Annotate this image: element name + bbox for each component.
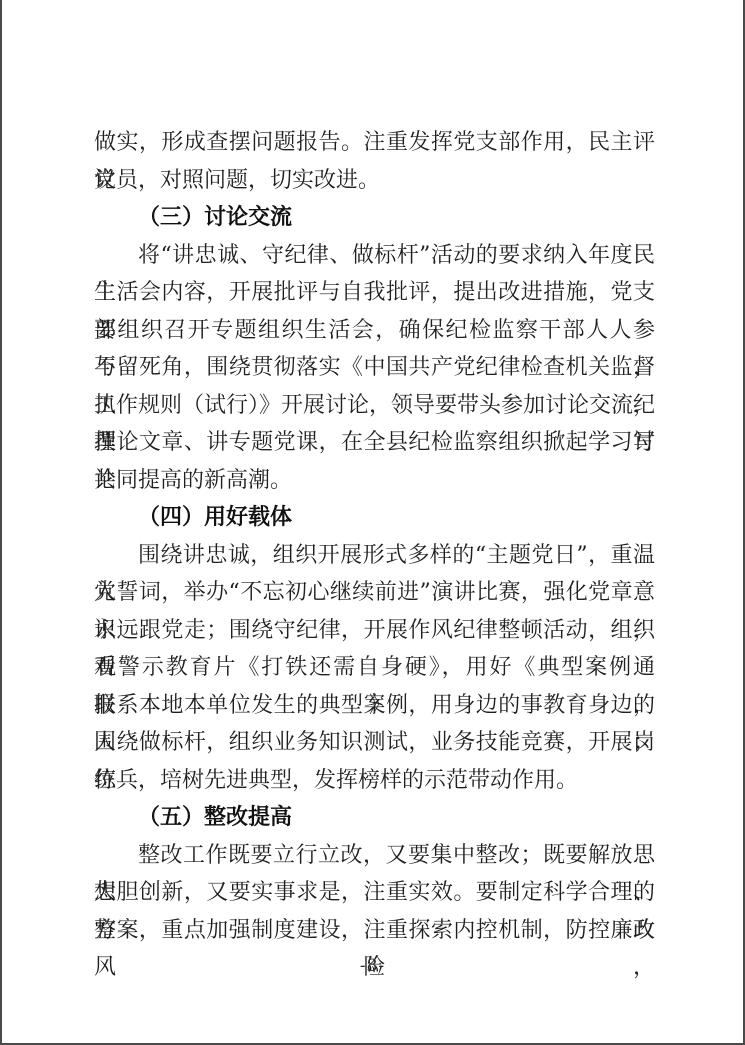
body-text-line: 共同提高的新高潮。 — [94, 462, 655, 500]
body-text-line: 党员，对照问题，切实改进。 — [94, 162, 655, 200]
body-text-line: 围绕做标杆，组织业务知识测试，业务技能竞赛，开展岗位 — [94, 724, 655, 762]
page-number: -8- — [2, 953, 743, 979]
document-page: 做实，形成查摆问题报告。注重发挥党支部作用，民主评议党员，对照问题，切实改进。（… — [0, 0, 745, 1045]
body-text-line: 围绕讲忠诚，组织开展形式多样的“主题党日”，重温入 — [94, 537, 655, 575]
body-text-line: 将“讲忠诚、守纪律、做标杆”活动的要求纳入年度民主 — [94, 237, 655, 275]
document-body: 做实，形成查摆问题报告。注重发挥党支部作用，民主评议党员，对照问题，切实改进。（… — [94, 124, 655, 949]
body-text-line: 党誓词，举办“不忘初心继续前进”演讲比赛，强化党章意识， — [94, 574, 655, 612]
body-text-line: 方案，重点加强制度建设，注重探索内控机制，防控廉政风险， — [94, 912, 655, 950]
body-text-line: 做实，形成查摆问题报告。注重发挥党支部作用，民主评议 — [94, 124, 655, 162]
body-text-line: 理论文章、讲专题党课，在全县纪检监察组织掀起学习讨论 — [94, 424, 655, 462]
body-text-line: 永远跟党走；围绕守纪律，开展作风纪律整顿活动，组织观 — [94, 612, 655, 650]
body-text-line: 不留死角，围绕贯彻落实《中国共产党纪律检查机关监督执纪 — [94, 349, 655, 387]
body-text-line: 生活会内容，开展批评与自我批评，提出改进措施，党支部 — [94, 274, 655, 312]
body-text-line: 联系本地本单位发生的典型案例，用身边的事教育身边的人； — [94, 687, 655, 725]
section-heading: （四）用好载体 — [94, 499, 655, 537]
section-heading: （五）整改提高 — [94, 799, 655, 837]
body-text-line: 整改工作既要立行立改，又要集中整改；既要解放思想、 — [94, 837, 655, 875]
section-heading: （三）讨论交流 — [94, 199, 655, 237]
body-text-line: 练兵，培树先进典型，发挥榜样的示范带动作用。 — [94, 762, 655, 800]
body-text-line: 工作规则（试行）》开展讨论，领导要带头参加讨论交流，撰写 — [94, 387, 655, 425]
body-text-line: 要组织召开专题组织生活会，确保纪检监察干部人人参与， — [94, 312, 655, 350]
body-text-line: 看警示教育片《打铁还需自身硬》，用好《典型案例通报》， — [94, 649, 655, 687]
body-text-line: 大胆创新，又要实事求是，注重实效。要制定科学合理的整改 — [94, 874, 655, 912]
